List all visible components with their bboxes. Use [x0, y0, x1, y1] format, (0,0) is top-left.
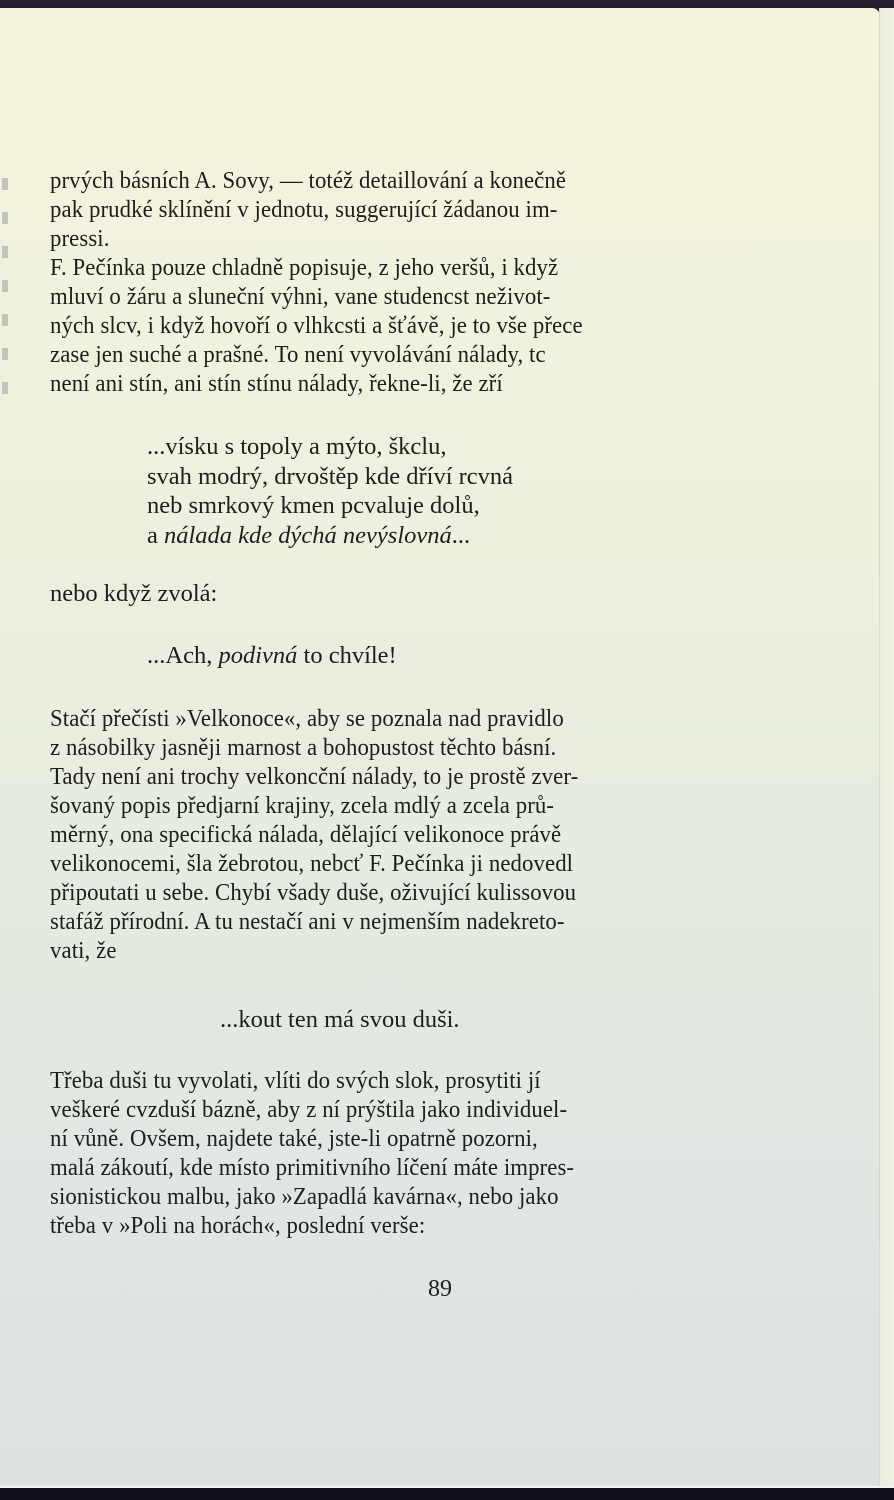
bleed-mark — [2, 348, 8, 360]
text-line: stafáž přírodní. A tu nestačí ani v nejm… — [50, 907, 729, 936]
text-line: Stačí přečísti »Velkonoce«, aby se pozna… — [50, 704, 729, 733]
verse-prefix: ...Ach, — [147, 642, 218, 669]
text-line: F. Pečínka pouze chladně popisuje, z jeh… — [50, 253, 729, 282]
text-line: sionistickou malbu, jako »Zapadlá kavárn… — [50, 1182, 729, 1211]
verse-line: svah modrý, drvoštěp kde dříví rcvná — [147, 462, 513, 492]
verse-suffix: to chvíle! — [297, 642, 396, 669]
page-fore-edge — [879, 8, 894, 1493]
text-line: pak prudké sklínění v jednotu, suggerují… — [50, 195, 729, 224]
text-line: mluví o žáru a sluneční výhni, vane stud… — [50, 282, 729, 311]
verse-italic: podivná — [218, 642, 297, 669]
bleed-mark — [2, 314, 8, 326]
text-line: měrný, ona specifická nálada, dělající v… — [50, 820, 729, 849]
text-line: velikonocemi, šla žebrotou, nebcť F. Peč… — [50, 849, 729, 878]
paragraph-2: Stačí přečísti »Velkonoce«, aby se pozna… — [50, 704, 729, 965]
paragraph-3: Třeba duši tu vyvolati, vlíti do svých s… — [50, 1066, 729, 1240]
verse-line: neb smrkový kmen pcvaluje dolů, — [147, 491, 513, 521]
gutter-bleed-marks — [2, 178, 14, 394]
text-line: třeba v »Poli na horách«, poslední verše… — [50, 1211, 729, 1240]
text-line: z násobilky jasněji marnost a bohopustos… — [50, 733, 729, 762]
text-line: malá zákoutí, kde místo primitivního líč… — [50, 1153, 729, 1182]
paragraph-1: prvých básních A. Sovy, — totéž detaillo… — [50, 166, 729, 398]
text-line: Tady není ani trochy velkoncční nálady, … — [50, 762, 729, 791]
bleed-mark — [2, 382, 8, 394]
text-line: pressi. — [50, 224, 729, 253]
book-page: prvých básních A. Sovy, — totéž detaillo… — [0, 8, 880, 1493]
text-line: šovaný popis předjarní krajiny, zcela md… — [50, 791, 729, 820]
verse-italic: nálada kde dýchá nevýslovná — [164, 522, 452, 549]
text-line: vati, že — [50, 936, 729, 965]
text-line: veškeré cvzduší bázně, aby z ní prýštila… — [50, 1095, 729, 1124]
page-number: 89 — [0, 1276, 880, 1303]
text-line: Třeba duši tu vyvolati, vlíti do svých s… — [50, 1066, 729, 1095]
text-line: připoutati u sebe. Chybí všady duše, oži… — [50, 878, 729, 907]
verse-line: a nálada kde dýchá nevýslovná... — [147, 521, 513, 551]
bleed-mark — [2, 280, 8, 292]
connector-text: nebo když zvolá: — [50, 580, 217, 608]
text-line: není ani stín, ani stín stínu nálady, ře… — [50, 369, 729, 398]
verse-prefix: a — [147, 522, 164, 549]
bleed-mark — [2, 246, 8, 258]
text-line: zase jen suché a prašné. To není vyvoláv… — [50, 340, 729, 369]
text-line: prvých básních A. Sovy, — totéž detaillo… — [50, 166, 729, 195]
bleed-mark — [2, 178, 8, 190]
text-line: ných slcv, i když hovoří o vlhkcsti a šť… — [50, 311, 729, 340]
bleed-mark — [2, 212, 8, 224]
verse-quote-1: ...vísku s topoly a mýto, škclu, svah mo… — [147, 432, 513, 550]
verse-quote-2: ...Ach, podivná to chvíle! — [147, 642, 397, 670]
verse-line: ...vísku s topoly a mýto, škclu, — [147, 432, 513, 462]
verse-quote-3: ...kout ten má svou duši. — [220, 1006, 460, 1034]
book-bottom-edge — [0, 1486, 894, 1500]
verse-suffix: ... — [452, 522, 470, 549]
text-line: ní vůně. Ovšem, najdete také, jste-li op… — [50, 1124, 729, 1153]
